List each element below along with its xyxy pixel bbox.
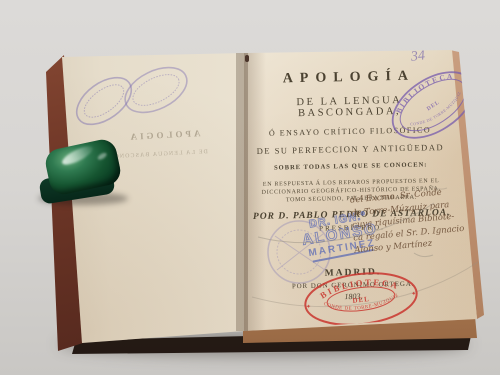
green-stone-paperweight <box>40 144 132 210</box>
stone-highlight-small <box>97 152 108 162</box>
photo-of-open-antique-book: APOLOGIA DE LA LENGUA BASCONGADA APOLOGÍ… <box>0 0 500 375</box>
faint-oval-stamp-2 <box>116 58 196 122</box>
red-stamp-ornament-right-icon: ✦ <box>411 290 417 298</box>
red-stamp-ornament-left-icon: ✦ <box>306 303 312 311</box>
stone-highlight <box>60 143 95 168</box>
red-stamp-center-word: DEL <box>352 295 370 305</box>
